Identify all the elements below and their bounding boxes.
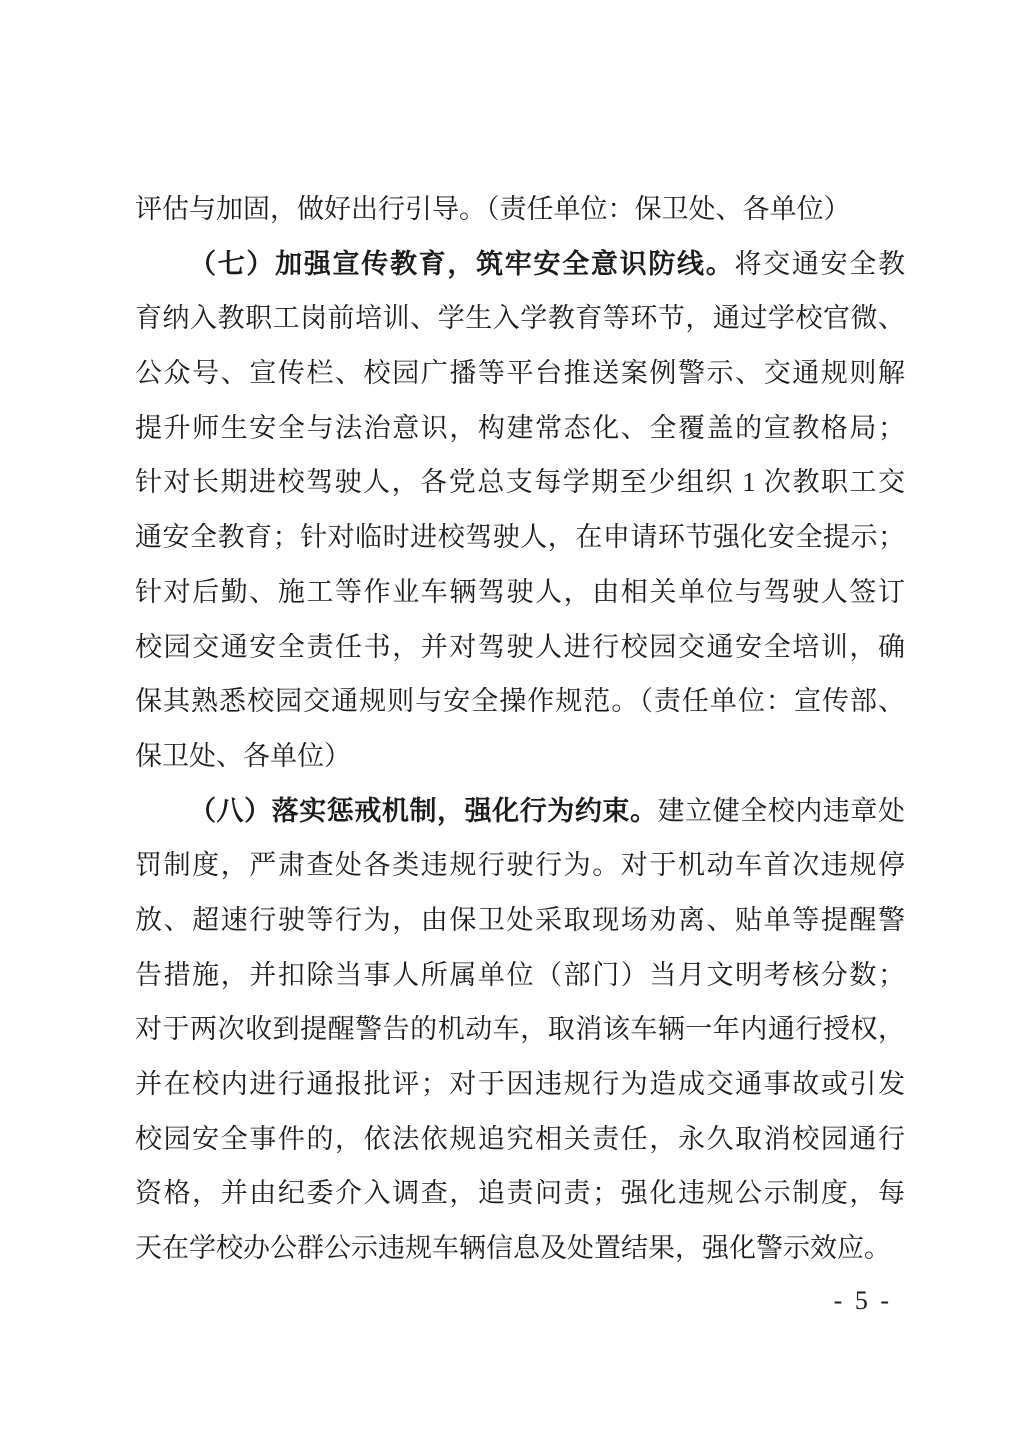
text-line: 保其熟悉校园交通规则与安全操作规范。（责任单位：宣传部、	[135, 674, 905, 729]
body-text: 罚制度，严肃查处各类违规行驶行为。对于机动车首次违规停	[135, 850, 905, 880]
text-line: 通安全教育；针对临时进校驾驶人，在申请环节强化安全提示；	[135, 510, 905, 565]
text-line: 保卫处、各单位）	[135, 729, 905, 784]
body-text: 天在学校办公群公示违规车辆信息及处置结果，强化警示效应。	[135, 1233, 891, 1263]
text-line: 育纳入教职工岗前培训、学生入学教育等环节，通过学校官微、	[135, 291, 905, 346]
body-text: 育纳入教职工岗前培训、学生入学教育等环节，通过学校官微、	[135, 303, 905, 333]
body-text: 告措施，并扣除当事人所属单位（部门）当月文明考核分数；	[135, 960, 905, 990]
body-text: 建立健全校内违章处	[658, 796, 905, 826]
text-line: 针对长期进校驾驶人，各党总支每学期至少组织 1 次教职工交	[135, 455, 905, 510]
text-line: 天在学校办公群公示违规车辆信息及处置结果，强化警示效应。	[135, 1221, 905, 1276]
page-number: - 5 -	[0, 1286, 892, 1316]
text-line: 校园交通安全责任书，并对驾驶人进行校园交通安全培训，确	[135, 620, 905, 675]
body-text: 校园安全事件的，依法依规追究相关责任，永久取消校园通行	[135, 1124, 905, 1154]
text-line: 并在校内进行通报批评；对于因违规行为造成交通事故或引发	[135, 1057, 905, 1112]
document-body: 评估与加固，做好出行引导。（责任单位：保卫处、各单位）（七）加强宣传教育，筑牢安…	[135, 182, 905, 1276]
body-text: 对于两次收到提醒警告的机动车，取消该车辆一年内通行授权，	[135, 1014, 905, 1044]
text-line: 放、超速行驶等行为，由保卫处采取现场劝离、贴单等提醒警	[135, 893, 905, 948]
body-text: 资格，并由纪委介入调查，追责问责；强化违规公示制度，每	[135, 1178, 905, 1208]
body-text: 通安全教育；针对临时进校驾驶人，在申请环节强化安全提示；	[135, 522, 905, 552]
body-text: 针对后勤、施工等作业车辆驾驶人，由相关单位与驾驶人签订	[135, 577, 905, 607]
body-text: 针对长期进校驾驶人，各党总支每学期至少组织 1 次教职工交	[135, 467, 905, 497]
body-text: 保其熟悉校园交通规则与安全操作规范。（责任单位：宣传部、	[135, 686, 905, 716]
body-text: 并在校内进行通报批评；对于因违规行为造成交通事故或引发	[135, 1069, 905, 1099]
text-line: 告措施，并扣除当事人所属单位（部门）当月文明考核分数；	[135, 948, 905, 1003]
text-line: 资格，并由纪委介入调查，追责问责；强化违规公示制度，每	[135, 1166, 905, 1221]
body-text: 提升师生安全与法治意识，构建常态化、全覆盖的宣教格局；	[135, 413, 905, 443]
body-text: 保卫处、各单位）	[135, 741, 351, 771]
body-text: 校园交通安全责任书，并对驾驶人进行校园交通安全培训，确	[135, 632, 905, 662]
body-text: 放、超速行驶等行为，由保卫处采取现场劝离、贴单等提醒警	[135, 905, 905, 935]
section-heading-text: （七）加强宣传教育，筑牢安全意识防线。	[189, 249, 734, 279]
body-text: 公众号、宣传栏、校园广播等平台推送案例警示、交通规则解读；	[135, 358, 905, 401]
text-line: 提升师生安全与法治意识，构建常态化、全覆盖的宣教格局；	[135, 401, 905, 456]
text-line: 罚制度，严肃查处各类违规行驶行为。对于机动车首次违规停	[135, 838, 905, 893]
text-line: 针对后勤、施工等作业车辆驾驶人，由相关单位与驾驶人签订	[135, 565, 905, 620]
text-line: 校园安全事件的，依法依规追究相关责任，永久取消校园通行	[135, 1112, 905, 1167]
document-page: 评估与加固，做好出行引导。（责任单位：保卫处、各单位）（七）加强宣传教育，筑牢安…	[0, 0, 1024, 1448]
text-line: 公众号、宣传栏、校园广播等平台推送案例警示、交通规则解读；	[135, 346, 905, 401]
section-heading-text: （八）落实惩戒机制，强化行为约束。	[189, 796, 658, 826]
body-text: 将交通安全教	[734, 249, 905, 279]
body-text: 评估与加固，做好出行引导。（责任单位：保卫处、各单位）	[135, 194, 851, 224]
text-line: 评估与加固，做好出行引导。（责任单位：保卫处、各单位）	[135, 182, 905, 237]
text-line: （七）加强宣传教育，筑牢安全意识防线。将交通安全教	[135, 237, 905, 292]
text-line: 对于两次收到提醒警告的机动车，取消该车辆一年内通行授权，	[135, 1002, 905, 1057]
text-line: （八）落实惩戒机制，强化行为约束。建立健全校内违章处	[135, 784, 905, 839]
